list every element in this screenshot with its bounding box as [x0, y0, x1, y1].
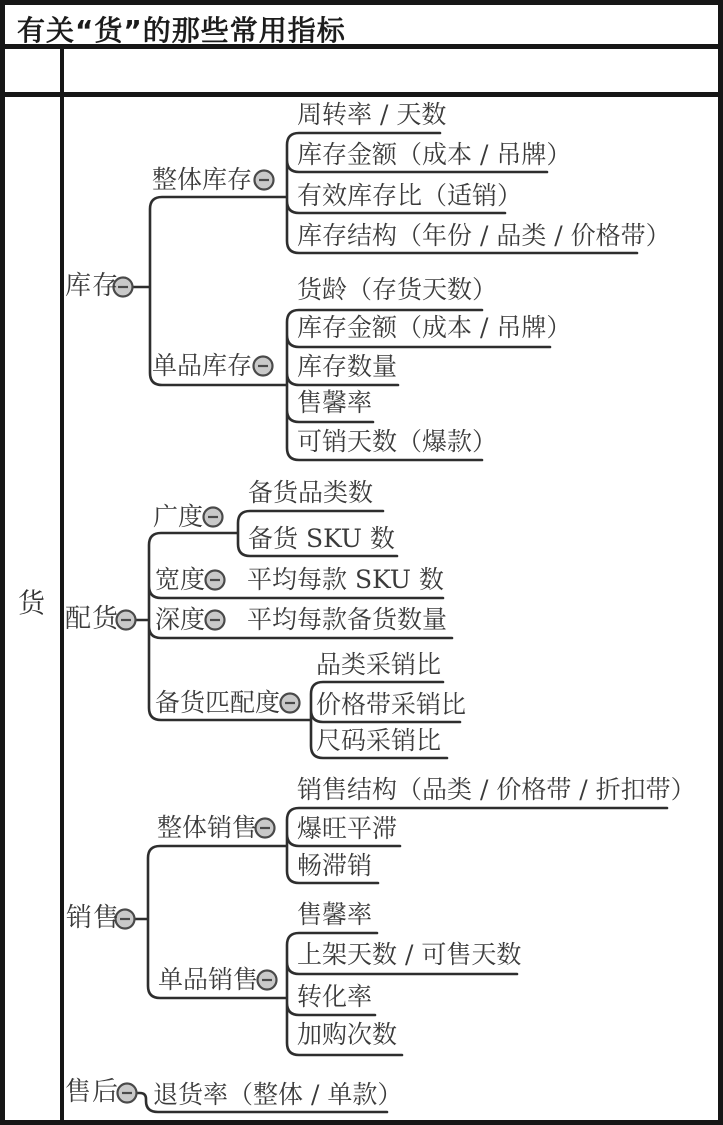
branch-sales-label: 销售	[66, 905, 120, 931]
leaf-label: 平均每款备货数量	[247, 607, 447, 632]
leaf-label: 平均每款 SKU 数	[247, 567, 444, 592]
node-single-item-inventory-label: 单品库存	[152, 353, 252, 378]
collapse-icon	[254, 357, 273, 376]
leaf-label: 周转率 / 天数	[297, 102, 446, 127]
leaf-label: 畅滞销	[297, 853, 372, 878]
leaf-label: 货龄（存货天数）	[297, 277, 497, 302]
leaf-label: 上架天数 / 可售天数	[297, 942, 521, 967]
header-row-divider	[0, 92, 723, 97]
collapse-icon	[204, 508, 223, 527]
branch-inventory-label: 库存	[65, 273, 119, 299]
leaf-label: 加购次数	[297, 1022, 397, 1047]
collapse-icons	[114, 171, 300, 1103]
node-overall-sales-label: 整体销售	[157, 815, 257, 840]
node-breadth-label: 广度	[153, 504, 203, 529]
leaf-label: 备货品类数	[248, 480, 373, 505]
collapse-icon	[206, 611, 225, 630]
leaf-label: 爆旺平滞	[297, 816, 397, 841]
leaf-label: 库存金额（成本 / 吊牌）	[297, 315, 571, 340]
leaf-label: 售馨率	[297, 902, 372, 927]
collapse-icon	[206, 571, 225, 590]
collapse-icon	[281, 694, 300, 713]
node-width-label: 宽度	[155, 567, 205, 592]
node-depth-label: 深度	[155, 607, 205, 632]
branch-sales-connectors	[134, 808, 667, 1055]
leaf-label: 库存结构（年份 / 品类 / 价格带）	[297, 223, 671, 248]
leaf-label: 有效库存比（适销）	[297, 183, 522, 208]
root-label: 货	[18, 591, 45, 618]
leaf-label: 品类采销比	[316, 652, 441, 677]
leaf-label: 尺码采销比	[316, 728, 441, 753]
branch-aftersales-label: 售后	[65, 1079, 119, 1105]
leaf-label: 销售结构（品类 / 价格带 / 折扣带）	[297, 777, 696, 802]
branch-allocation-label: 配货	[65, 606, 119, 632]
leaf-label: 备货 SKU 数	[248, 526, 395, 551]
leaf-label: 退货率（整体 / 单款）	[153, 1082, 402, 1107]
leaf-label: 价格带采销比	[316, 692, 466, 717]
leaf-label: 售馨率	[297, 390, 372, 415]
leaf-label: 转化率	[297, 984, 372, 1009]
leaf-label: 库存金额（成本 / 吊牌）	[297, 142, 571, 167]
collapse-icon	[258, 971, 277, 990]
leaf-label: 库存数量	[297, 354, 397, 379]
leaf-label: 可销天数（爆款）	[297, 429, 497, 454]
node-single-item-sales-label: 单品销售	[158, 967, 258, 992]
mindmap-figure: 有关“货”的那些常用指标 货 库存 配货 销售 售后 整体库存 单品库存 广度 …	[0, 0, 723, 1125]
node-stock-match-label: 备货匹配度	[155, 690, 280, 715]
collapse-icon	[255, 171, 274, 190]
column-divider	[60, 46, 64, 1121]
collapse-icon	[117, 611, 136, 630]
collapse-icon	[118, 1084, 137, 1103]
node-overall-inventory-label: 整体库存	[152, 167, 252, 192]
collapse-icon	[256, 819, 275, 838]
figure-title: 有关“货”的那些常用指标	[17, 9, 346, 49]
